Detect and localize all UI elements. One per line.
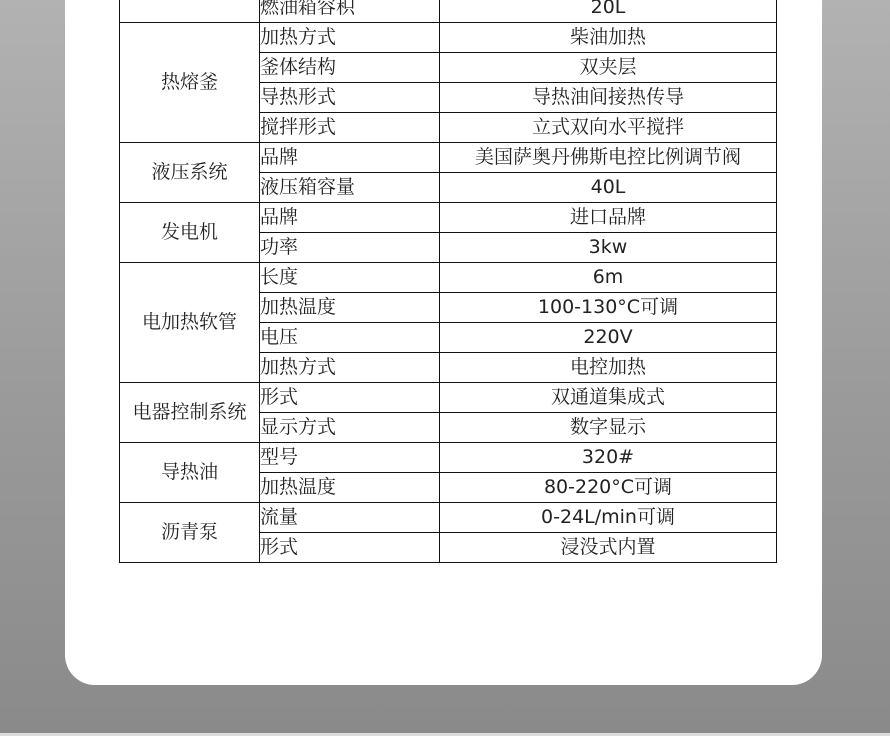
param-cell: 燃油箱容积: [260, 0, 440, 23]
table-row: 导热油型号320#: [120, 443, 777, 473]
param-cell: 显示方式: [260, 413, 440, 443]
param-cell: 加热温度: [260, 473, 440, 503]
value-cell: 进口品牌: [440, 203, 777, 233]
value-cell: 320#: [440, 443, 777, 473]
table-row: 沥青泵流量0-24L/min可调: [120, 503, 777, 533]
param-cell: 导热形式: [260, 83, 440, 113]
value-cell: 导热油间接热传导: [440, 83, 777, 113]
table-row: 液压系统品牌美国萨奥丹佛斯电控比例调节阀: [120, 143, 777, 173]
value-cell: 数字显示: [440, 413, 777, 443]
param-cell: 品牌: [260, 203, 440, 233]
value-cell: 电控加热: [440, 353, 777, 383]
param-cell: 长度: [260, 263, 440, 293]
value-cell: 80-220°C可调: [440, 473, 777, 503]
value-cell: 双夹层: [440, 53, 777, 83]
param-cell: 搅拌形式: [260, 113, 440, 143]
category-cell: 导热油: [120, 443, 260, 503]
param-cell: 型号: [260, 443, 440, 473]
param-cell: 加热方式: [260, 353, 440, 383]
param-cell: 流量: [260, 503, 440, 533]
param-cell: 加热温度: [260, 293, 440, 323]
table-row: 电器控制系统形式双通道集成式: [120, 383, 777, 413]
param-cell: 形式: [260, 383, 440, 413]
value-cell: 6m: [440, 263, 777, 293]
param-cell: 功率: [260, 233, 440, 263]
value-cell: 0-24L/min可调: [440, 503, 777, 533]
param-cell: 加热方式: [260, 23, 440, 53]
category-cell: 柴油燃烧器: [120, 0, 260, 23]
value-cell: 220V: [440, 323, 777, 353]
category-cell: 热熔釜: [120, 23, 260, 143]
param-cell: 形式: [260, 533, 440, 563]
table-row: 电加热软管长度6m: [120, 263, 777, 293]
value-cell: 柴油加热: [440, 23, 777, 53]
value-cell: 3kw: [440, 233, 777, 263]
spec-table: 柴油燃烧器油耗4.5-10kg/h燃油箱容积20L热熔釜加热方式柴油加热釜体结构…: [119, 0, 777, 563]
param-cell: 品牌: [260, 143, 440, 173]
value-cell: 100-130°C可调: [440, 293, 777, 323]
param-cell: 釜体结构: [260, 53, 440, 83]
category-cell: 电器控制系统: [120, 383, 260, 443]
param-cell: 液压箱容量: [260, 173, 440, 203]
value-cell: 美国萨奥丹佛斯电控比例调节阀: [440, 143, 777, 173]
table-row: 发电机品牌进口品牌: [120, 203, 777, 233]
value-cell: 立式双向水平搅拌: [440, 113, 777, 143]
category-cell: 沥青泵: [120, 503, 260, 563]
category-cell: 发电机: [120, 203, 260, 263]
value-cell: 双通道集成式: [440, 383, 777, 413]
value-cell: 40L: [440, 173, 777, 203]
category-cell: 电加热软管: [120, 263, 260, 383]
category-cell: 液压系统: [120, 143, 260, 203]
param-cell: 电压: [260, 323, 440, 353]
value-cell: 20L: [440, 0, 777, 23]
value-cell: 浸没式内置: [440, 533, 777, 563]
table-row: 热熔釜加热方式柴油加热: [120, 23, 777, 53]
